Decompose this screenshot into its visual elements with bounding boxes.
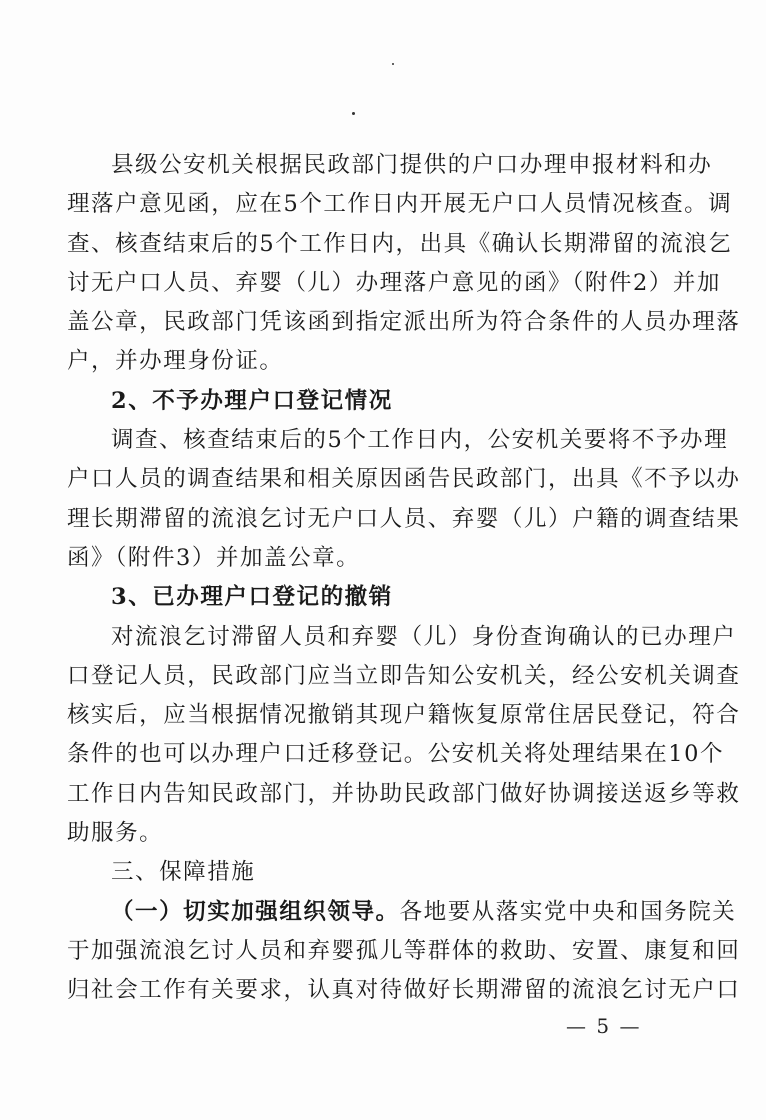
paragraph-line: 县级公安机关根据民政部门提供的户口办理申报材料和办 xyxy=(67,146,703,185)
paragraph-line: 助服务。 xyxy=(67,814,703,853)
paragraph-text: 各地要从落实党中央和国务院关 xyxy=(400,899,737,925)
paragraph-line: 对流浪乞讨滞留人员和弃婴（儿）身份查询确认的已办理户 xyxy=(67,618,703,657)
paragraph-line: （一）切实加强组织领导。各地要从落实党中央和国务院关 xyxy=(67,893,703,932)
paragraph-line: 盖公章，民政部门凭该函到指定派出所为符合条件的人员办理落 xyxy=(67,303,703,342)
paragraph-line: 于加强流浪乞讨人员和弃婴孤儿等群体的救助、安置、康复和回 xyxy=(67,932,703,971)
paragraph-line: 口登记人员，民政部门应当立即告知公安机关，经公安机关调查 xyxy=(67,657,703,696)
paragraph-line: 讨无户口人员、弃婴（儿）办理落户意见的函》（附件2）并加 xyxy=(67,264,703,303)
bold-lead: （一）切实加强组织领导。 xyxy=(111,899,400,925)
paragraph-line: 理落户意见函，应在5个工作日内开展无户口人员情况核查。调 xyxy=(67,185,703,224)
page-number: — 5 — xyxy=(566,1014,641,1038)
paragraph-line: 户，并办理身份证。 xyxy=(67,342,703,381)
paragraph-line: 查、核查结束后的5个工作日内，出具《确认长期滞留的流浪乞 xyxy=(67,225,703,264)
paragraph-line: 工作日内告知民政部门，并协助民政部门做好协调接送返乡等救 xyxy=(67,775,703,814)
paragraph-line: 归社会工作有关要求，认真对待做好长期滞留的流浪乞讨无户口 xyxy=(67,971,703,1010)
paragraph-line: 函》（附件3）并加盖公章。 xyxy=(67,539,703,578)
section-heading: 三、保障措施 xyxy=(67,853,703,892)
paragraph-line: 核实后，应当根据情况撤销其现户籍恢复原常住居民登记，符合 xyxy=(67,696,703,735)
scan-speck xyxy=(392,63,394,65)
subheading: 2、不予办理户口登记情况 xyxy=(67,382,703,421)
paragraph-line: 条件的也可以办理户口迁移登记。公安机关将处理结果在10个 xyxy=(67,735,703,774)
subheading: 3、已办理户口登记的撤销 xyxy=(67,578,703,617)
scan-speck xyxy=(352,112,355,115)
document-page: 县级公安机关根据民政部门提供的户口办理申报材料和办 理落户意见函，应在5个工作日… xyxy=(0,0,766,1120)
paragraph-line: 户口人员的调查结果和相关原因函告民政部门，出具《不予以办 xyxy=(67,460,703,499)
paragraph-line: 调查、核查结束后的5个工作日内，公安机关要将不予办理 xyxy=(67,421,703,460)
body-text: 县级公安机关根据民政部门提供的户口办理申报材料和办 理落户意见函，应在5个工作日… xyxy=(67,146,703,1011)
paragraph-line: 理长期滞留的流浪乞讨无户口人员、弃婴（儿）户籍的调查结果 xyxy=(67,500,703,539)
